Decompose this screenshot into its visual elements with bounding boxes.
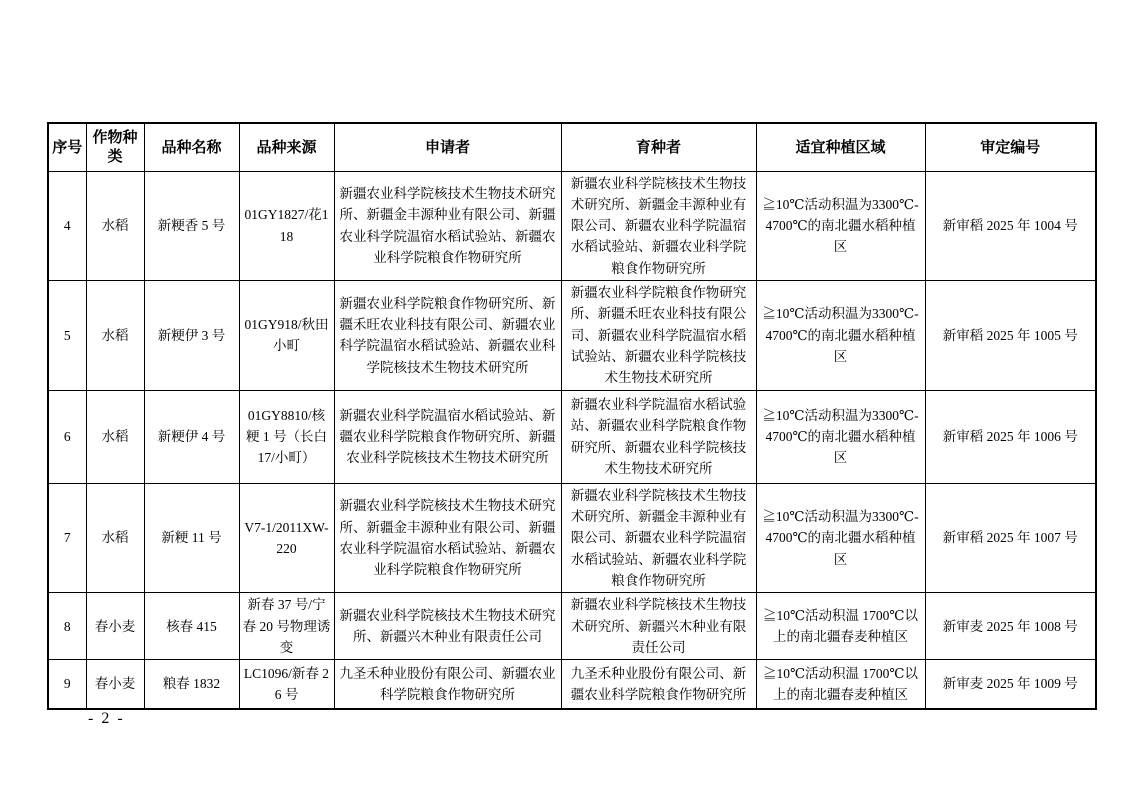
header-seq: 序号 — [48, 123, 86, 171]
cell-breeder: 新疆农业科学院温宿水稻试验站、新疆农业科学院粮食作物研究所、新疆农业科学院核技术… — [561, 390, 756, 483]
cell-applicant: 九圣禾种业股份有限公司、新疆农业科学院粮食作物研究所 — [334, 660, 561, 709]
table-header-row: 序号 作物种类 品种名称 品种来源 申请者 育种者 适宜种植区域 审定编号 — [48, 123, 1096, 171]
cell-crop: 春小麦 — [86, 593, 144, 660]
cell-seq: 9 — [48, 660, 86, 709]
cell-number: 新审稻 2025 年 1004 号 — [925, 171, 1096, 281]
cell-number: 新审稻 2025 年 1006 号 — [925, 390, 1096, 483]
cell-name: 新粳 11 号 — [144, 483, 239, 593]
cell-name: 新粳伊 3 号 — [144, 281, 239, 391]
cell-seq: 5 — [48, 281, 86, 391]
cell-applicant: 新疆农业科学院核技术生物技术研究所、新疆兴木种业有限责任公司 — [334, 593, 561, 660]
cell-source: LC1096/新春 26 号 — [239, 660, 334, 709]
cell-region: ≧10℃活动积温为3300℃-4700℃的南北疆水稻种植区 — [756, 171, 925, 281]
cell-applicant: 新疆农业科学院温宿水稻试验站、新疆农业科学院粮食作物研究所、新疆农业科学院核技术… — [334, 390, 561, 483]
cell-breeder: 九圣禾种业股份有限公司、新疆农业科学院粮食作物研究所 — [561, 660, 756, 709]
header-breeder: 育种者 — [561, 123, 756, 171]
variety-approval-table: 序号 作物种类 品种名称 品种来源 申请者 育种者 适宜种植区域 审定编号 4水… — [47, 122, 1097, 710]
cell-seq: 7 — [48, 483, 86, 593]
cell-name: 新粳香 5 号 — [144, 171, 239, 281]
cell-breeder: 新疆农业科学院核技术生物技术研究所、新疆金丰源种业有限公司、新疆农业科学院温宿水… — [561, 483, 756, 593]
cell-region: ≧10℃活动积温 1700℃以上的南北疆春麦种植区 — [756, 660, 925, 709]
cell-crop: 水稻 — [86, 483, 144, 593]
cell-name: 新粳伊 4 号 — [144, 390, 239, 483]
cell-source: 01GY918/秋田小町 — [239, 281, 334, 391]
cell-region: ≧10℃活动积温 1700℃以上的南北疆春麦种植区 — [756, 593, 925, 660]
cell-applicant: 新疆农业科学院核技术生物技术研究所、新疆金丰源种业有限公司、新疆农业科学院温宿水… — [334, 483, 561, 593]
cell-seq: 4 — [48, 171, 86, 281]
header-region: 适宜种植区域 — [756, 123, 925, 171]
header-name: 品种名称 — [144, 123, 239, 171]
table-row: 4水稻新粳香 5 号01GY1827/花118新疆农业科学院核技术生物技术研究所… — [48, 171, 1096, 281]
header-crop: 作物种类 — [86, 123, 144, 171]
header-source: 品种来源 — [239, 123, 334, 171]
cell-applicant: 新疆农业科学院粮食作物研究所、新疆禾旺农业科技有限公司、新疆农业科学院温宿水稻试… — [334, 281, 561, 391]
header-number: 审定编号 — [925, 123, 1096, 171]
cell-seq: 6 — [48, 390, 86, 483]
table-row: 5水稻新粳伊 3 号01GY918/秋田小町新疆农业科学院粮食作物研究所、新疆禾… — [48, 281, 1096, 391]
cell-crop: 水稻 — [86, 390, 144, 483]
cell-crop: 水稻 — [86, 281, 144, 391]
cell-name: 核春 415 — [144, 593, 239, 660]
cell-seq: 8 — [48, 593, 86, 660]
cell-region: ≧10℃活动积温为3300℃-4700℃的南北疆水稻种植区 — [756, 483, 925, 593]
cell-region: ≧10℃活动积温为3300℃-4700℃的南北疆水稻种植区 — [756, 281, 925, 391]
table-row: 8春小麦核春 415新春 37 号/宁春 20 号物理诱变新疆农业科学院核技术生… — [48, 593, 1096, 660]
cell-applicant: 新疆农业科学院核技术生物技术研究所、新疆金丰源种业有限公司、新疆农业科学院温宿水… — [334, 171, 561, 281]
page-number: - 2 - — [88, 710, 125, 728]
table-row: 6水稻新粳伊 4 号01GY8810/核粳 1 号（长白 17/小町）新疆农业科… — [48, 390, 1096, 483]
document-page: 序号 作物种类 品种名称 品种来源 申请者 育种者 适宜种植区域 审定编号 4水… — [0, 0, 1122, 793]
cell-number: 新审稻 2025 年 1005 号 — [925, 281, 1096, 391]
table-row: 7水稻新粳 11 号V7-1/2011XW-220新疆农业科学院核技术生物技术研… — [48, 483, 1096, 593]
cell-number: 新审稻 2025 年 1007 号 — [925, 483, 1096, 593]
cell-source: 新春 37 号/宁春 20 号物理诱变 — [239, 593, 334, 660]
cell-breeder: 新疆农业科学院粮食作物研究所、新疆禾旺农业科技有限公司、新疆农业科学院温宿水稻试… — [561, 281, 756, 391]
cell-crop: 水稻 — [86, 171, 144, 281]
cell-breeder: 新疆农业科学院核技术生物技术研究所、新疆兴木种业有限责任公司 — [561, 593, 756, 660]
cell-number: 新审麦 2025 年 1009 号 — [925, 660, 1096, 709]
cell-name: 粮春 1832 — [144, 660, 239, 709]
cell-breeder: 新疆农业科学院核技术生物技术研究所、新疆金丰源种业有限公司、新疆农业科学院温宿水… — [561, 171, 756, 281]
cell-region: ≧10℃活动积温为3300℃-4700℃的南北疆水稻种植区 — [756, 390, 925, 483]
header-applicant: 申请者 — [334, 123, 561, 171]
cell-source: V7-1/2011XW-220 — [239, 483, 334, 593]
cell-source: 01GY8810/核粳 1 号（长白 17/小町） — [239, 390, 334, 483]
cell-number: 新审麦 2025 年 1008 号 — [925, 593, 1096, 660]
cell-source: 01GY1827/花118 — [239, 171, 334, 281]
table-row: 9春小麦粮春 1832LC1096/新春 26 号九圣禾种业股份有限公司、新疆农… — [48, 660, 1096, 709]
cell-crop: 春小麦 — [86, 660, 144, 709]
